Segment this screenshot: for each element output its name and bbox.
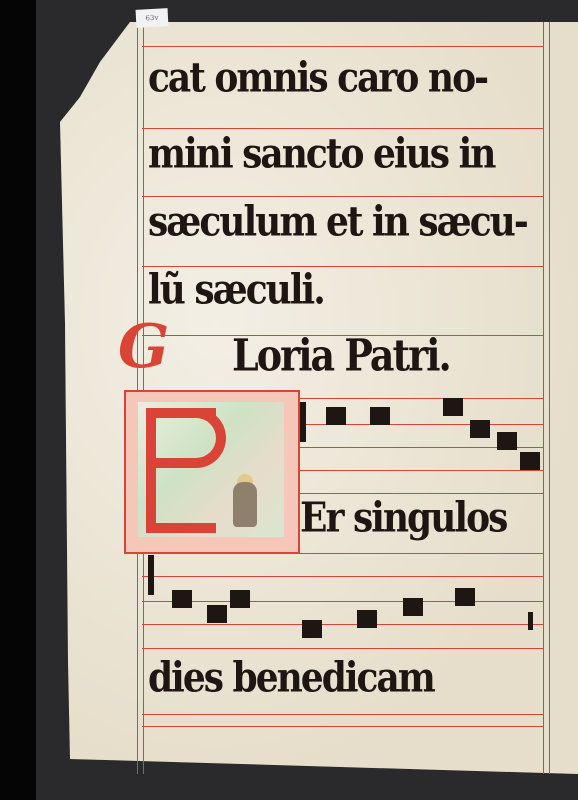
text-line-4: lũ sæculi. [148,266,324,314]
staff-line [142,624,544,625]
neume [470,420,490,438]
staff-line [300,398,544,399]
neume [148,555,154,595]
neume [497,432,517,450]
ruling-line [142,46,544,47]
staff-line [142,648,544,649]
kneeling-saint-figure [233,482,257,527]
neume [455,588,475,606]
left-dark-border [0,0,36,800]
right-margin-rule-outer [549,22,550,774]
neume [230,590,250,608]
neume [403,598,423,616]
neume [370,407,390,425]
text-line-1: cat omnis caro no- [148,54,487,102]
neume [520,452,540,470]
initial-scene [138,402,284,537]
cadel-initial: G [118,312,218,382]
ruling-line [142,714,544,715]
staff-line [142,601,544,602]
text-line-2: mini sancto eius in [148,130,494,178]
folio-label: 63v [136,8,169,28]
neume [172,590,192,608]
custos [528,612,533,630]
neume [443,398,463,416]
text-line-6: Er singulos [300,494,506,542]
neume [302,620,322,638]
text-line-3: sæculum et in sæcu- [148,198,527,246]
text-line-7: dies benedicam [148,654,434,702]
initial-letter-bowl [146,408,226,468]
text-line-5: Loria Patri. [232,329,450,381]
neume [326,407,346,425]
staff-line [142,576,544,577]
neume [207,605,227,623]
neume [357,610,377,628]
staff-line [300,470,544,471]
historiated-initial [124,390,300,554]
ruling-line [142,726,544,727]
neume [300,402,306,442]
